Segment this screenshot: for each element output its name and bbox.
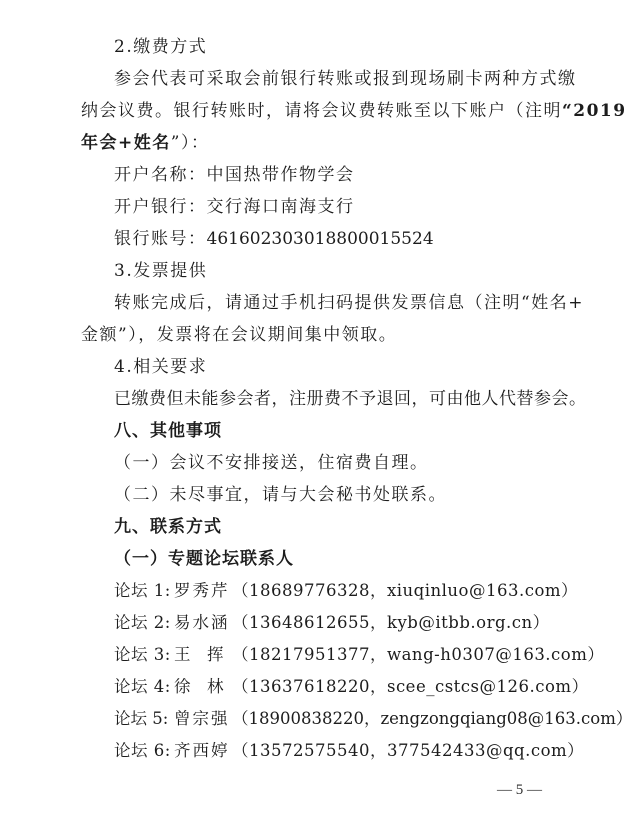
- payment-paragraph-line-3: 年会+姓名”）：: [81, 132, 551, 154]
- account-number-label: 银行账号：: [114, 229, 207, 249]
- account-number-row: 银行账号：461602303018800015524: [114, 228, 584, 250]
- contact-heading: 九、联系方式: [114, 516, 584, 538]
- forum-label: 论坛 3:: [114, 644, 174, 666]
- forum-contact-row: 论坛 2:易水涵（13648612655，kyb@itbb.org.cn）: [114, 612, 584, 634]
- contact-detail: （13648612655，kyb@itbb.org.cn）: [232, 613, 550, 632]
- forum-contact-row: 论坛 6:齐西婷（13572575540，377542433@qq.com）: [114, 740, 584, 762]
- account-number-value: 461602303018800015524: [207, 229, 434, 249]
- account-name-label: 开户名称：: [114, 165, 207, 185]
- account-name-value: 中国热带作物学会: [207, 165, 355, 185]
- invoice-paragraph-line-2: 金额”），发票将在会议期间集中领取。: [81, 324, 551, 346]
- name-note: 年会+姓名: [81, 133, 171, 153]
- contact-name: 罗秀芹: [174, 580, 232, 602]
- forum-label: 论坛 6:: [114, 740, 174, 762]
- contact-detail: （18900838220，zengzongqiang08@163.com）: [232, 709, 629, 728]
- invoice-heading: 3.发票提供: [114, 260, 584, 282]
- other-item-2: （二）未尽事宜，请与大会秘书处联系。: [114, 484, 584, 506]
- contact-name: 曾宗强: [174, 708, 232, 730]
- contact-detail: （18217951377，wang-h0307@163.com）: [232, 645, 604, 664]
- forum-label: 论坛 4:: [114, 676, 174, 698]
- account-name-row: 开户名称：中国热带作物学会: [114, 164, 584, 186]
- contact-detail: （18689776328，xiuqinluo@163.com）: [232, 581, 578, 600]
- contact-name: 徐 林: [174, 676, 232, 698]
- other-matters-heading: 八、其他事项: [114, 420, 584, 442]
- contact-detail: （13572575540，377542433@qq.com）: [232, 741, 584, 760]
- contact-name: 王 挥: [174, 644, 232, 666]
- year-note: “2019: [562, 101, 627, 121]
- page-number: — 5 —: [497, 782, 542, 799]
- bank-value: 交行海口南海支行: [207, 197, 355, 217]
- payment-paragraph-line-2: 纳会议费。银行转账时，请将会议费转账至以下账户（注明“2019: [81, 100, 551, 122]
- forum-contact-row: 论坛 4:徐 林（13637618220，scee_cstcs@126.com）: [114, 676, 584, 698]
- contact-detail: （13637618220，scee_cstcs@126.com）: [232, 677, 589, 696]
- forum-label: 论坛 2:: [114, 612, 174, 634]
- payment-paragraph-text: 纳会议费。银行转账时，请将会议费转账至以下账户（注明: [81, 101, 562, 121]
- forum-contact-row: 论坛 5:曾宗强（18900838220，zengzongqiang08@163…: [114, 708, 584, 730]
- forum-contact-row: 论坛 1:罗秀芹（18689776328，xiuqinluo@163.com）: [114, 580, 584, 602]
- document-page: 2.缴费方式 参会代表可采取会前银行转账或报到现场刷卡两种方式缴 纳会议费。银行…: [0, 0, 629, 830]
- payment-heading: 2.缴费方式: [114, 36, 584, 58]
- contact-name: 易水涵: [174, 612, 232, 634]
- payment-paragraph-line-1: 参会代表可采取会前银行转账或报到现场刷卡两种方式缴: [114, 68, 551, 90]
- contact-name: 齐西婷: [174, 740, 232, 762]
- requirements-heading: 4.相关要求: [114, 356, 584, 378]
- forum-contacts-subheading: （一）专题论坛联系人: [114, 548, 584, 570]
- forum-contact-row: 论坛 3:王 挥（18217951377，wang-h0307@163.com）: [114, 644, 584, 666]
- bank-row: 开户银行：交行海口南海支行: [114, 196, 584, 218]
- note-close: ”）：: [171, 133, 210, 153]
- requirements-paragraph: 已缴费但未能参会者，注册费不予退回，可由他人代替参会。: [114, 388, 584, 410]
- bank-label: 开户银行：: [114, 197, 207, 217]
- forum-label: 论坛 5:: [114, 708, 174, 730]
- forum-label: 论坛 1:: [114, 580, 174, 602]
- other-item-1: （一）会议不安排接送，住宿费自理。: [114, 452, 584, 474]
- invoice-paragraph-line-1: 转账完成后，请通过手机扫码提供发票信息（注明“姓名+: [114, 292, 551, 314]
